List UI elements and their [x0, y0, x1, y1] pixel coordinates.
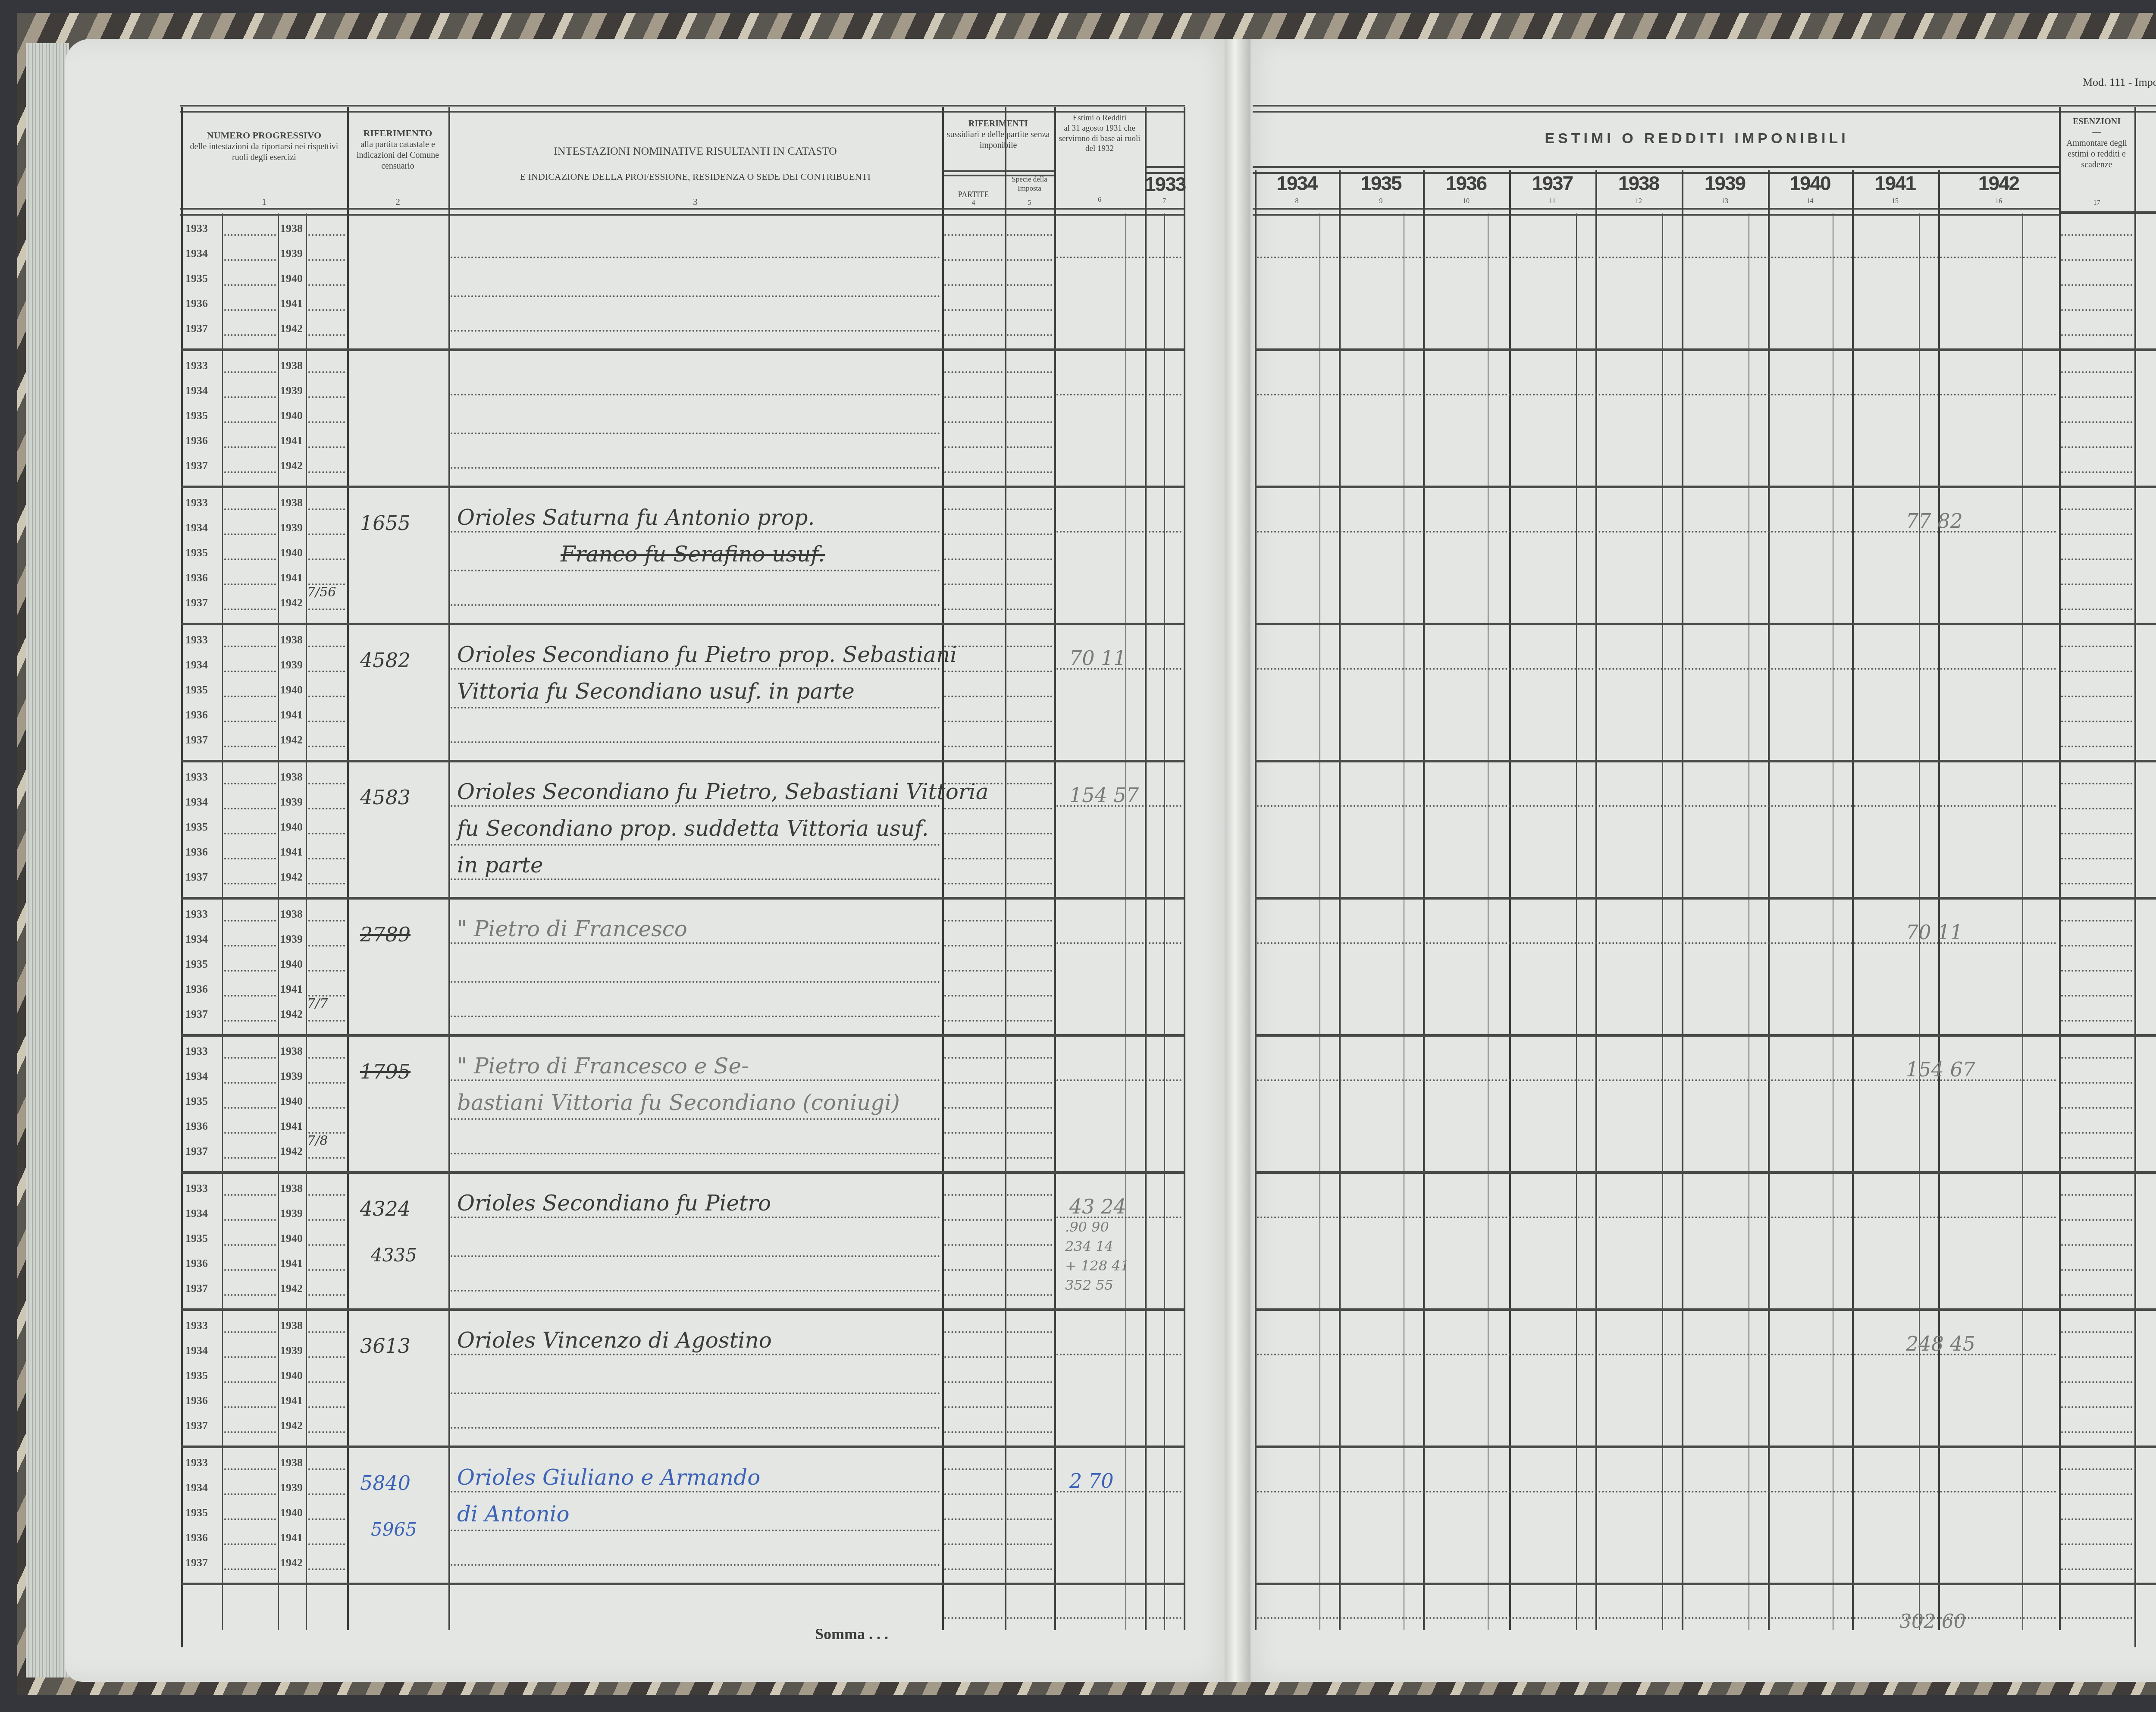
- year-label-left: 1933: [185, 1319, 208, 1332]
- dotted-leader: [1007, 284, 1052, 286]
- dotted-leader: [944, 1157, 1003, 1159]
- dotted-leader: [308, 1431, 345, 1433]
- dotted-leader: [2061, 995, 2132, 997]
- dotted-leader: [308, 1406, 345, 1408]
- year-label-left: 1935: [185, 1095, 208, 1108]
- dotted-leader: [944, 1082, 1003, 1084]
- dotted-leader: [308, 883, 345, 884]
- column-rule: [1509, 170, 1511, 1630]
- col3-header: INTESTAZIONI NOMINATIVE RISULTANTI IN CA…: [448, 144, 942, 182]
- dotted-leader: [2061, 671, 2132, 672]
- dotted-leader: [944, 920, 1003, 922]
- dotted-leader: [2061, 970, 2132, 972]
- year-label-left: 1937: [185, 1419, 208, 1432]
- dotted-leader: [224, 1020, 276, 1022]
- year-header-1933: 1933: [1145, 172, 1184, 196]
- dotted-leader: [224, 858, 276, 859]
- name-line: [451, 1354, 940, 1355]
- name-line: [451, 1290, 940, 1292]
- dotted-leader: [944, 808, 1003, 809]
- dotted-leader: [2061, 1244, 2132, 1246]
- dotted-leader: [308, 558, 345, 560]
- name-line-1: Orioles Secondiano fu Pietro: [457, 1191, 771, 1216]
- dotted-leader: [944, 1057, 1003, 1059]
- name-line-2: Franco fu Serafino usuf.: [561, 542, 825, 567]
- dotted-leader: [224, 583, 276, 585]
- dotted-leader: [2061, 508, 2132, 510]
- dotted-leader: [224, 309, 276, 311]
- year-label-right: 1940: [280, 409, 303, 422]
- dotted-leader: [308, 284, 345, 286]
- column-rule: [1852, 170, 1854, 1630]
- dotted-leader: [944, 1294, 1003, 1296]
- header-top-rule-right: [1253, 105, 2156, 113]
- year-label-left: 1936: [185, 846, 208, 859]
- year-label-left: 1936: [185, 434, 208, 447]
- header-bottom-rule-annot: [2059, 211, 2156, 214]
- name-line-1: Orioles Saturna fu Antonio prop.: [457, 505, 815, 530]
- amount-line: [1257, 805, 2057, 807]
- dotted-leader: [224, 1157, 276, 1159]
- dotted-leader: [2061, 1107, 2132, 1109]
- dotted-leader: [224, 1493, 276, 1495]
- dotted-leader: [308, 646, 345, 647]
- dotted-leader: [1007, 371, 1052, 373]
- dotted-leader: [224, 1543, 276, 1545]
- year-label-right: 1941: [280, 1394, 303, 1407]
- dotted-leader: [1007, 421, 1052, 423]
- amount-line: [1257, 1491, 2057, 1493]
- dotted-leader: [944, 1194, 1003, 1196]
- name-line: [451, 981, 940, 983]
- year-header-1935: 1935: [1339, 172, 1423, 195]
- dotted-leader: [2061, 945, 2132, 947]
- somma-line: [2061, 1617, 2132, 1619]
- dotted-leader: [224, 1269, 276, 1271]
- dotted-leader: [224, 833, 276, 834]
- dotted-leader: [224, 1132, 276, 1134]
- year-label-right: 1938: [280, 633, 303, 646]
- dotted-leader: [224, 1082, 276, 1084]
- year-label-left: 1935: [185, 684, 208, 696]
- dotted-leader: [308, 671, 345, 672]
- year-label-left: 1933: [185, 359, 208, 372]
- dotted-leader: [944, 583, 1003, 585]
- dotted-leader: [224, 1568, 276, 1570]
- col2-number: 2: [347, 196, 448, 207]
- dotted-leader: [308, 396, 345, 398]
- name-line: [451, 295, 940, 297]
- dotted-leader: [2061, 858, 2132, 859]
- year-label-right: 1939: [280, 1481, 303, 1494]
- amount-line: [1056, 531, 1181, 533]
- year-label-right: 1940: [280, 1369, 303, 1382]
- sub-column-rule: [306, 213, 307, 1630]
- column-rule: [1145, 107, 1147, 1630]
- dotted-leader: [224, 259, 276, 261]
- year-label-right: 1942: [280, 1556, 303, 1569]
- name-line: [451, 1016, 940, 1017]
- dotted-leader: [308, 371, 345, 373]
- dotted-leader: [308, 1020, 345, 1022]
- dotted-leader: [2061, 1057, 2132, 1059]
- dotted-leader: [2061, 309, 2132, 311]
- dotted-leader: [944, 721, 1003, 722]
- dotted-leader: [2061, 446, 2132, 448]
- dotted-leader: [2061, 833, 2132, 834]
- group-divider-right: [1255, 1171, 2156, 1174]
- dotted-leader: [308, 608, 345, 610]
- dotted-leader: [1007, 920, 1052, 922]
- year-header-1941: 1941: [1852, 172, 1938, 195]
- dotted-leader: [1007, 808, 1052, 809]
- year-label-left: 1935: [185, 958, 208, 971]
- dotted-leader: [2061, 1406, 2132, 1408]
- dotted-leader: [944, 259, 1003, 261]
- col1-number: 1: [181, 196, 347, 207]
- dotted-leader: [308, 309, 345, 311]
- dotted-leader: [224, 1356, 276, 1358]
- dotted-leader: [2061, 696, 2132, 697]
- dotted-leader: [224, 696, 276, 697]
- name-line: [451, 1079, 940, 1081]
- dotted-leader: [224, 471, 276, 473]
- dotted-leader: [2061, 558, 2132, 560]
- column-rule: [2059, 107, 2061, 1630]
- dotted-leader: [1007, 396, 1052, 398]
- year-label-right: 1939: [280, 384, 303, 397]
- year-label-left: 1934: [185, 933, 208, 946]
- dotted-leader: [1007, 1518, 1052, 1520]
- dotted-leader: [224, 945, 276, 947]
- dotted-leader: [1007, 334, 1052, 336]
- dotted-leader: [2061, 1381, 2132, 1383]
- group-divider-left: [181, 348, 1184, 351]
- group-divider-left: [181, 1034, 1184, 1037]
- dotted-leader: [944, 945, 1003, 947]
- year-label-left: 1934: [185, 1481, 208, 1494]
- column-rule: [1938, 170, 1940, 1630]
- dotted-leader: [2061, 783, 2132, 784]
- dotted-leader: [1007, 783, 1052, 784]
- dotted-leader: [308, 1219, 345, 1221]
- name-line-1: Orioles Vincenzo di Agostino: [457, 1328, 772, 1353]
- dotted-leader: [224, 1219, 276, 1221]
- partita-number: 1795: [360, 1060, 411, 1083]
- name-line: [451, 1530, 940, 1531]
- sub-column-rule: [1662, 213, 1663, 1630]
- group-divider-right: [1255, 1308, 2156, 1311]
- name-line: [451, 1427, 940, 1429]
- amount-line: [1056, 394, 1181, 395]
- dotted-leader: [2061, 1356, 2132, 1358]
- year-label-left: 1934: [185, 384, 208, 397]
- dotted-leader: [1007, 471, 1052, 473]
- col2-header: RIFERIMENTO alla partita catastale e ind…: [347, 127, 448, 172]
- dotted-leader: [2061, 1431, 2132, 1433]
- year-label-right: 1940: [280, 821, 303, 834]
- dotted-leader: [2061, 1543, 2132, 1545]
- amount-line: [1257, 668, 2057, 670]
- dotted-leader: [1007, 1468, 1052, 1470]
- dotted-leader: [1007, 1219, 1052, 1221]
- dotted-leader: [944, 970, 1003, 972]
- year-label-left: 1937: [185, 322, 208, 335]
- name-line: [451, 1118, 940, 1120]
- dotted-leader: [308, 421, 345, 423]
- year-label-right: 1938: [280, 1182, 303, 1195]
- dotted-leader: [944, 471, 1003, 473]
- year-label-left: 1936: [185, 1394, 208, 1407]
- dotted-leader: [2061, 1082, 2132, 1084]
- dotted-leader: [2061, 1269, 2132, 1271]
- name-line: [451, 394, 940, 395]
- dotted-leader: [944, 309, 1003, 311]
- column-rule: [1768, 170, 1770, 1630]
- year-label-left: 1937: [185, 1008, 208, 1021]
- dotted-leader: [308, 334, 345, 336]
- group-divider-left: [181, 1583, 1184, 1585]
- year-label-left: 1936: [185, 709, 208, 721]
- dotted-leader: [2061, 533, 2132, 535]
- name-line: [451, 433, 940, 434]
- column-rule: [2134, 107, 2136, 1647]
- group-divider-left: [181, 1308, 1184, 1311]
- year-label-left: 1933: [185, 1456, 208, 1469]
- dotted-leader: [944, 1468, 1003, 1470]
- column-rule: [1054, 107, 1056, 1630]
- year-label-left: 1934: [185, 247, 208, 260]
- dotted-leader: [1007, 1157, 1052, 1159]
- dotted-leader: [308, 508, 345, 510]
- dotted-leader: [2061, 396, 2132, 398]
- year-label-right: 1942: [280, 596, 303, 609]
- dotted-leader: [1007, 1244, 1052, 1246]
- year-label-right: 1942: [280, 734, 303, 746]
- year-label-right: 1939: [280, 658, 303, 671]
- group-divider-right: [1255, 1034, 2156, 1037]
- year-label-left: 1937: [185, 734, 208, 746]
- group-divider-right: [1255, 623, 2156, 625]
- estimo-1932-value: 2 70: [1069, 1469, 1113, 1493]
- group-divider-left: [181, 623, 1184, 625]
- dotted-leader: [2061, 808, 2132, 809]
- year-label-left: 1933: [185, 496, 208, 509]
- dotted-leader: [224, 558, 276, 560]
- estimi-group-header: ESTIMI O REDDITI IMPONIBILI: [1337, 129, 2057, 148]
- name-line-1: Orioles Giuliano e Armando: [457, 1465, 760, 1490]
- name-line: [451, 531, 940, 533]
- name-line: [451, 878, 940, 880]
- year-label-right: 1942: [280, 459, 303, 472]
- dotted-leader: [944, 608, 1003, 610]
- dotted-leader: [2061, 1132, 2132, 1134]
- dotted-leader: [224, 284, 276, 286]
- estimo-1941-value: 70 11: [1906, 921, 1963, 944]
- dotted-leader: [1007, 309, 1052, 311]
- year-label-left: 1933: [185, 771, 208, 784]
- year-label-left: 1937: [185, 596, 208, 609]
- dotted-leader: [308, 1493, 345, 1495]
- col4-number: 4: [942, 199, 1005, 207]
- dotted-leader: [2061, 234, 2132, 236]
- partita-number-new: 5965: [371, 1519, 417, 1540]
- name-line: [451, 257, 940, 258]
- somma-1941-value: 302 60: [1899, 1611, 1966, 1633]
- column-rule: [1339, 170, 1341, 1630]
- group-divider-right: [1255, 897, 2156, 900]
- year-label-left: 1937: [185, 1556, 208, 1569]
- col4-header: PARTITE: [942, 190, 1005, 200]
- column-rule: [448, 107, 450, 1630]
- year-header-1936: 1936: [1423, 172, 1509, 195]
- name-line: [451, 844, 940, 846]
- year-label-left: 1936: [185, 571, 208, 584]
- year-label-right: 1939: [280, 1207, 303, 1220]
- dotted-leader: [308, 234, 345, 236]
- year-number-1933: 7: [1145, 198, 1184, 205]
- year-number-1940: 14: [1768, 198, 1852, 205]
- col45-header: RIFERIMENTI sussidiari e delle partite s…: [942, 119, 1054, 151]
- dotted-leader: [944, 533, 1003, 535]
- dotted-leader: [308, 471, 345, 473]
- calculation-line: + 128 41: [1065, 1257, 1129, 1274]
- estimo-1941-value: 154 67: [1906, 1058, 1975, 1081]
- partita-number: 5840: [360, 1471, 411, 1495]
- dotted-leader: [224, 1331, 276, 1333]
- dotted-leader: [1007, 945, 1052, 947]
- dotted-leader: [944, 696, 1003, 697]
- dotted-leader: [224, 995, 276, 997]
- dotted-leader: [224, 1294, 276, 1296]
- dotted-leader: [944, 1356, 1003, 1358]
- dotted-leader: [1007, 234, 1052, 236]
- estimo-1932-value: 70 11: [1069, 646, 1126, 670]
- dotted-leader: [224, 1406, 276, 1408]
- dotted-leader: [1007, 833, 1052, 834]
- year-header-1934: 1934: [1255, 172, 1339, 195]
- name-line: [451, 1255, 940, 1257]
- dotted-leader: [1007, 1107, 1052, 1109]
- dotted-leader: [224, 421, 276, 423]
- dotted-leader: [2061, 1294, 2132, 1296]
- name-line-2: bastiani Vittoria fu Secondiano (coniugi…: [457, 1090, 900, 1115]
- year-label-right: 1938: [280, 222, 303, 235]
- sub-column-rule: [1319, 213, 1320, 1630]
- amount-line: [1056, 1079, 1181, 1081]
- name-line: [451, 1392, 940, 1394]
- year-label-left: 1937: [185, 871, 208, 884]
- year-label-right: 1938: [280, 771, 303, 784]
- dotted-leader: [944, 883, 1003, 884]
- amount-line: [1056, 257, 1181, 258]
- year-label-right: 1942: [280, 1008, 303, 1021]
- dotted-leader: [1007, 1493, 1052, 1495]
- name-line: [451, 1491, 940, 1493]
- year-header-1942: 1942: [1938, 172, 2059, 195]
- estimo-1932-value: 43 24: [1069, 1195, 1126, 1218]
- dotted-leader: [944, 421, 1003, 423]
- dotted-leader: [944, 334, 1003, 336]
- dotted-leader: [944, 1107, 1003, 1109]
- dotted-leader: [1007, 583, 1052, 585]
- dotted-leader: [944, 558, 1003, 560]
- dotted-leader: [2061, 1219, 2132, 1221]
- year-number-1941: 15: [1852, 198, 1938, 205]
- dotted-leader: [1007, 1132, 1052, 1134]
- col18-header: ANNOTAZIONI: [2134, 149, 2156, 163]
- dotted-leader: [308, 1244, 345, 1246]
- year-label-right: 1940: [280, 546, 303, 559]
- page-edges-left: [26, 43, 69, 1678]
- dotted-leader: [308, 1294, 345, 1296]
- dotted-leader: [2061, 883, 2132, 884]
- estimo-1941-value: 248 45: [1906, 1332, 1975, 1355]
- dotted-leader: [1007, 533, 1052, 535]
- year-header-1937: 1937: [1509, 172, 1595, 195]
- dotted-leader: [1007, 858, 1052, 859]
- sub-column-rule: [222, 213, 223, 1630]
- year-label-right: 1941: [280, 571, 303, 584]
- name-line: [451, 741, 940, 743]
- name-line-2: fu Secondiano prop. suddetta Vittoria us…: [457, 816, 929, 841]
- dotted-leader: [224, 746, 276, 747]
- dotted-leader: [224, 671, 276, 672]
- dotted-leader: [308, 1568, 345, 1570]
- year-number-1937: 11: [1509, 198, 1595, 205]
- sub-column-rule: [2022, 213, 2023, 1630]
- somma-line: [1056, 1617, 1181, 1619]
- dotted-leader: [2061, 1568, 2132, 1570]
- year-label-left: 1934: [185, 1207, 208, 1220]
- dotted-leader: [944, 1244, 1003, 1246]
- dotted-leader: [1007, 970, 1052, 972]
- dotted-leader: [308, 1468, 345, 1470]
- year-label-left: 1933: [185, 908, 208, 921]
- dotted-leader: [944, 446, 1003, 448]
- dotted-leader: [1007, 1194, 1052, 1196]
- year-label-right: 1939: [280, 521, 303, 534]
- dotted-leader: [944, 746, 1003, 747]
- dotted-leader: [308, 783, 345, 784]
- group-divider-left: [181, 760, 1184, 762]
- year-label-left: 1935: [185, 1506, 208, 1519]
- year-label-right: 1942: [280, 871, 303, 884]
- year-label-right: 1940: [280, 684, 303, 696]
- name-line: [451, 604, 940, 606]
- dotted-leader: [1007, 746, 1052, 747]
- year-label-left: 1934: [185, 521, 208, 534]
- dotted-leader: [224, 721, 276, 722]
- dotted-leader: [1007, 1431, 1052, 1433]
- dotted-leader: [1007, 646, 1052, 647]
- year-label-right: 1938: [280, 1319, 303, 1332]
- dotted-leader: [1007, 1331, 1052, 1333]
- dotted-leader: [308, 858, 345, 859]
- name-line-1: " Pietro di Francesco: [457, 916, 687, 941]
- sub-column-rule: [1749, 213, 1749, 1630]
- year-number-1936: 10: [1423, 198, 1509, 205]
- dotted-leader: [224, 371, 276, 373]
- column-rule: [1423, 170, 1425, 1630]
- dotted-leader: [308, 1381, 345, 1383]
- calculation-line: .90 90: [1065, 1219, 1109, 1235]
- year-label-right: 1942: [280, 322, 303, 335]
- dotted-leader: [2061, 1493, 2132, 1495]
- year-number-1935: 9: [1339, 198, 1423, 205]
- year-header-1939: 1939: [1682, 172, 1768, 195]
- dotted-leader: [224, 396, 276, 398]
